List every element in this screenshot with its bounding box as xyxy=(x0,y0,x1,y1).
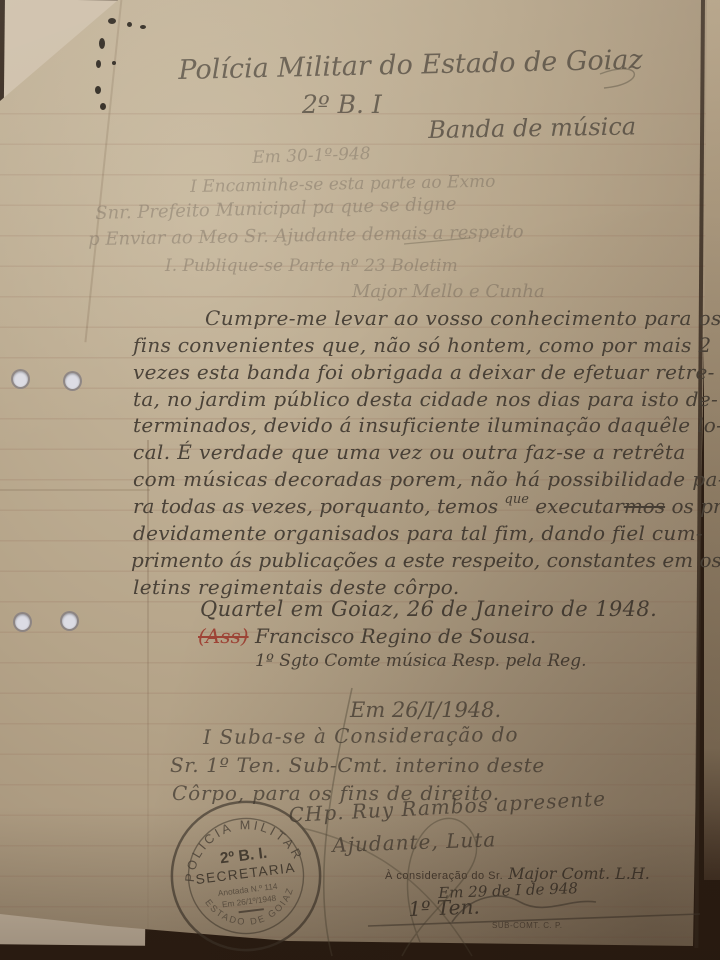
sub-comt-stamped-label: SUB-COMT. C. P. xyxy=(492,921,562,930)
header-date: Em 30-1º-948 xyxy=(252,144,371,168)
secretaria-round-stamp: POLICIA MILITAR ESTADO DE GOIAZ 2º B. I.… xyxy=(156,789,336,960)
ink-blot xyxy=(108,18,116,24)
body-line-4: ta, no jardim público desta cidade nos d… xyxy=(133,387,718,411)
dispatch2-line: I Suba-se à Consideração do xyxy=(203,722,519,749)
ink-blot xyxy=(100,103,106,110)
horizontal-crease xyxy=(0,489,150,491)
consideration-stamped-label: À consideração do Sr. xyxy=(385,870,503,882)
dispatch1-signature: Major Mello e Cunha xyxy=(352,281,545,302)
punch-hole xyxy=(13,612,32,632)
signer-name: Francisco Regino de Sousa. xyxy=(255,624,536,648)
closing-place-date: Quartel em Goiaz, 26 de Janeiro de 1948. xyxy=(200,597,657,621)
signer-role: 1º Sgto Comte música Resp. pela Reg. xyxy=(255,651,587,671)
dispatch1-line: I. Publique-se Parte nº 23 Boletim xyxy=(165,256,458,276)
body-line-1: Cumpre-me levar ao vosso conhecimento pa… xyxy=(205,306,720,330)
body-line-7: com músicas decoradas porem, não há poss… xyxy=(133,467,720,491)
body-line-2: fins convenientes que, não só hontem, co… xyxy=(133,333,711,357)
body-line-5: terminados, devido á insuficiente ilumin… xyxy=(133,413,720,437)
ink-blot xyxy=(96,60,101,68)
body-line-8: ra todas as vezes, porquanto, temos que … xyxy=(133,494,720,518)
dispatch2-date: Em 26/I/1948. xyxy=(350,698,501,722)
final-signature: 1º Ten. xyxy=(408,895,480,921)
adjacent-page-strip xyxy=(704,0,720,880)
ass-struck-red: (Ass) xyxy=(198,624,249,648)
ink-blot xyxy=(140,25,146,29)
stamp-underline xyxy=(239,909,264,912)
body-line-8-text: ra todas as vezes, porquanto, temos xyxy=(133,494,498,518)
document-photo: Polícia Militar do Estado de Goiaz 2º B.… xyxy=(0,0,720,960)
body-line-10: primento ás publicações a este respeito,… xyxy=(131,548,720,572)
punch-hole xyxy=(11,369,30,389)
body-line-3: vezes esta banda foi obrigada a deixar d… xyxy=(133,360,715,384)
dispatch2-line: Sr. 1º Ten. Sub-Cmt. interino deste xyxy=(170,753,545,777)
ink-blot xyxy=(99,38,105,49)
body-line-8-text: os programas xyxy=(671,494,720,518)
punch-hole xyxy=(63,371,82,391)
ink-blot xyxy=(127,22,132,27)
ink-blot xyxy=(112,61,116,65)
ink-blot xyxy=(95,86,101,94)
body-line-6: cal. É verdade que uma vez ou outra faz-… xyxy=(133,440,686,464)
body-line-9: devidamente organisados para tal fim, da… xyxy=(133,521,703,545)
header-unit: 2º B. I xyxy=(302,90,382,119)
body-struck-word: mos xyxy=(624,494,665,518)
consideration-line: À consideração do Sr. Major Comt. L.H. xyxy=(385,864,650,883)
body-inserted-word: que xyxy=(505,492,529,507)
body-line-11: letins regimentais deste côrpo. xyxy=(133,575,460,599)
closing-signature-line: (Ass) Francisco Regino de Sousa. xyxy=(198,624,536,648)
header-section: Banda de música xyxy=(428,112,636,144)
body-line-8-text: executar xyxy=(535,494,624,518)
punch-hole xyxy=(60,611,79,631)
